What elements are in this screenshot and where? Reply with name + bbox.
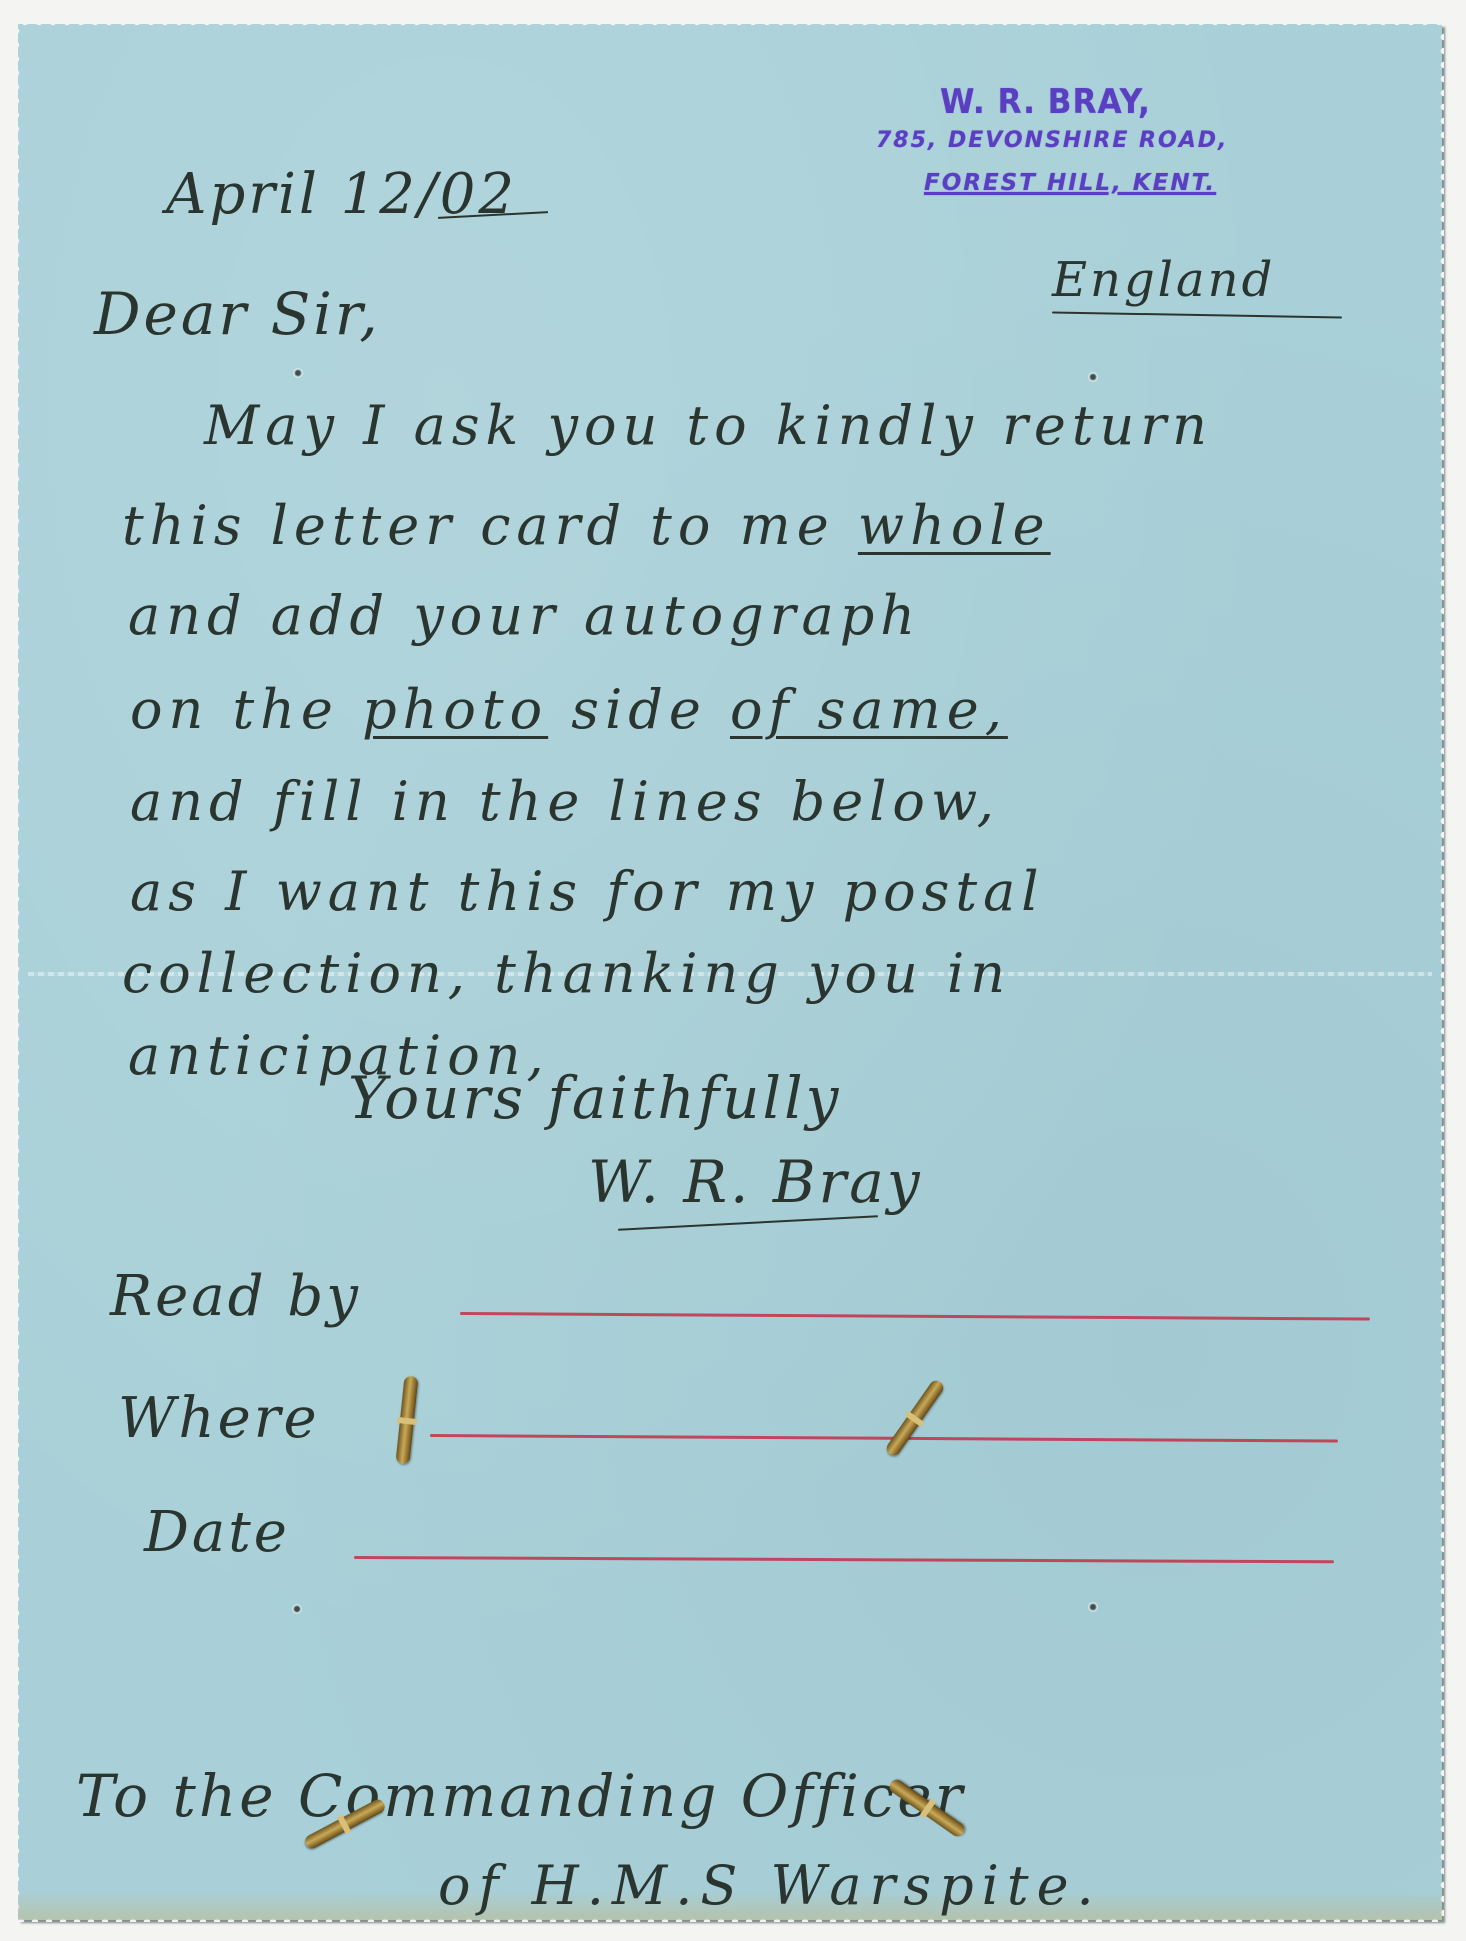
field-label-read-by: Read by [110, 1264, 361, 1329]
punch-hole-icon [1088, 372, 1098, 382]
punch-hole-icon [1088, 1602, 1098, 1612]
letter-country: England [1052, 252, 1275, 308]
address-line-2: of H.M.S Warspite. [438, 1854, 1102, 1917]
body-line-7: collection, thanking you in [122, 942, 1011, 1005]
field-line-where[interactable] [430, 1434, 1338, 1443]
body-line-2-text: this letter card to me [122, 494, 835, 557]
field-label-date: Date [144, 1500, 290, 1565]
brass-fastener-icon [884, 1378, 946, 1458]
closing: Yours faithfully [348, 1064, 841, 1132]
punch-hole-icon [293, 368, 303, 378]
body-line-3: and add your autograph [128, 584, 921, 647]
field-label-where: Where [118, 1386, 320, 1451]
body-line-6: as I want this for my postal [130, 860, 1045, 923]
stamp-name: W. R. BRAY, [940, 82, 1151, 122]
field-line-date[interactable] [354, 1556, 1334, 1563]
word-side: side [548, 678, 730, 741]
underlined-photo: photo [362, 678, 548, 741]
body-line-4-text: on the [130, 678, 339, 741]
underlined-of-same: of same, [730, 678, 1008, 741]
perforated-edge-top [18, 22, 1442, 30]
stamp-street: 785, DEVONSHIRE ROAD, [876, 128, 1228, 153]
body-line-4: on the photo side of same, [130, 678, 1008, 741]
body-line-5: and fill in the lines below, [130, 770, 1000, 833]
signature-underline [618, 1215, 878, 1231]
field-line-read-by[interactable] [460, 1312, 1370, 1321]
brass-fastener-icon [395, 1376, 418, 1465]
perforated-edge-left [16, 24, 24, 1920]
punch-hole-icon [292, 1604, 302, 1614]
signature: W. R. Bray [588, 1148, 923, 1216]
address-line-1: To the Commanding Officer [76, 1762, 965, 1830]
letter-card: W. R. BRAY, 785, DEVONSHIRE ROAD, FOREST… [18, 24, 1442, 1920]
body-line-1: May I ask you to kindly return [204, 394, 1213, 457]
salutation: Dear Sir, [94, 280, 381, 348]
underlined-whole: whole [858, 494, 1051, 557]
body-line-2: this letter card to me whole [122, 494, 1051, 557]
country-underline [1052, 311, 1342, 318]
perforated-edge-right [1436, 24, 1444, 1920]
stamp-town: FOREST HILL, KENT. [924, 170, 1216, 196]
